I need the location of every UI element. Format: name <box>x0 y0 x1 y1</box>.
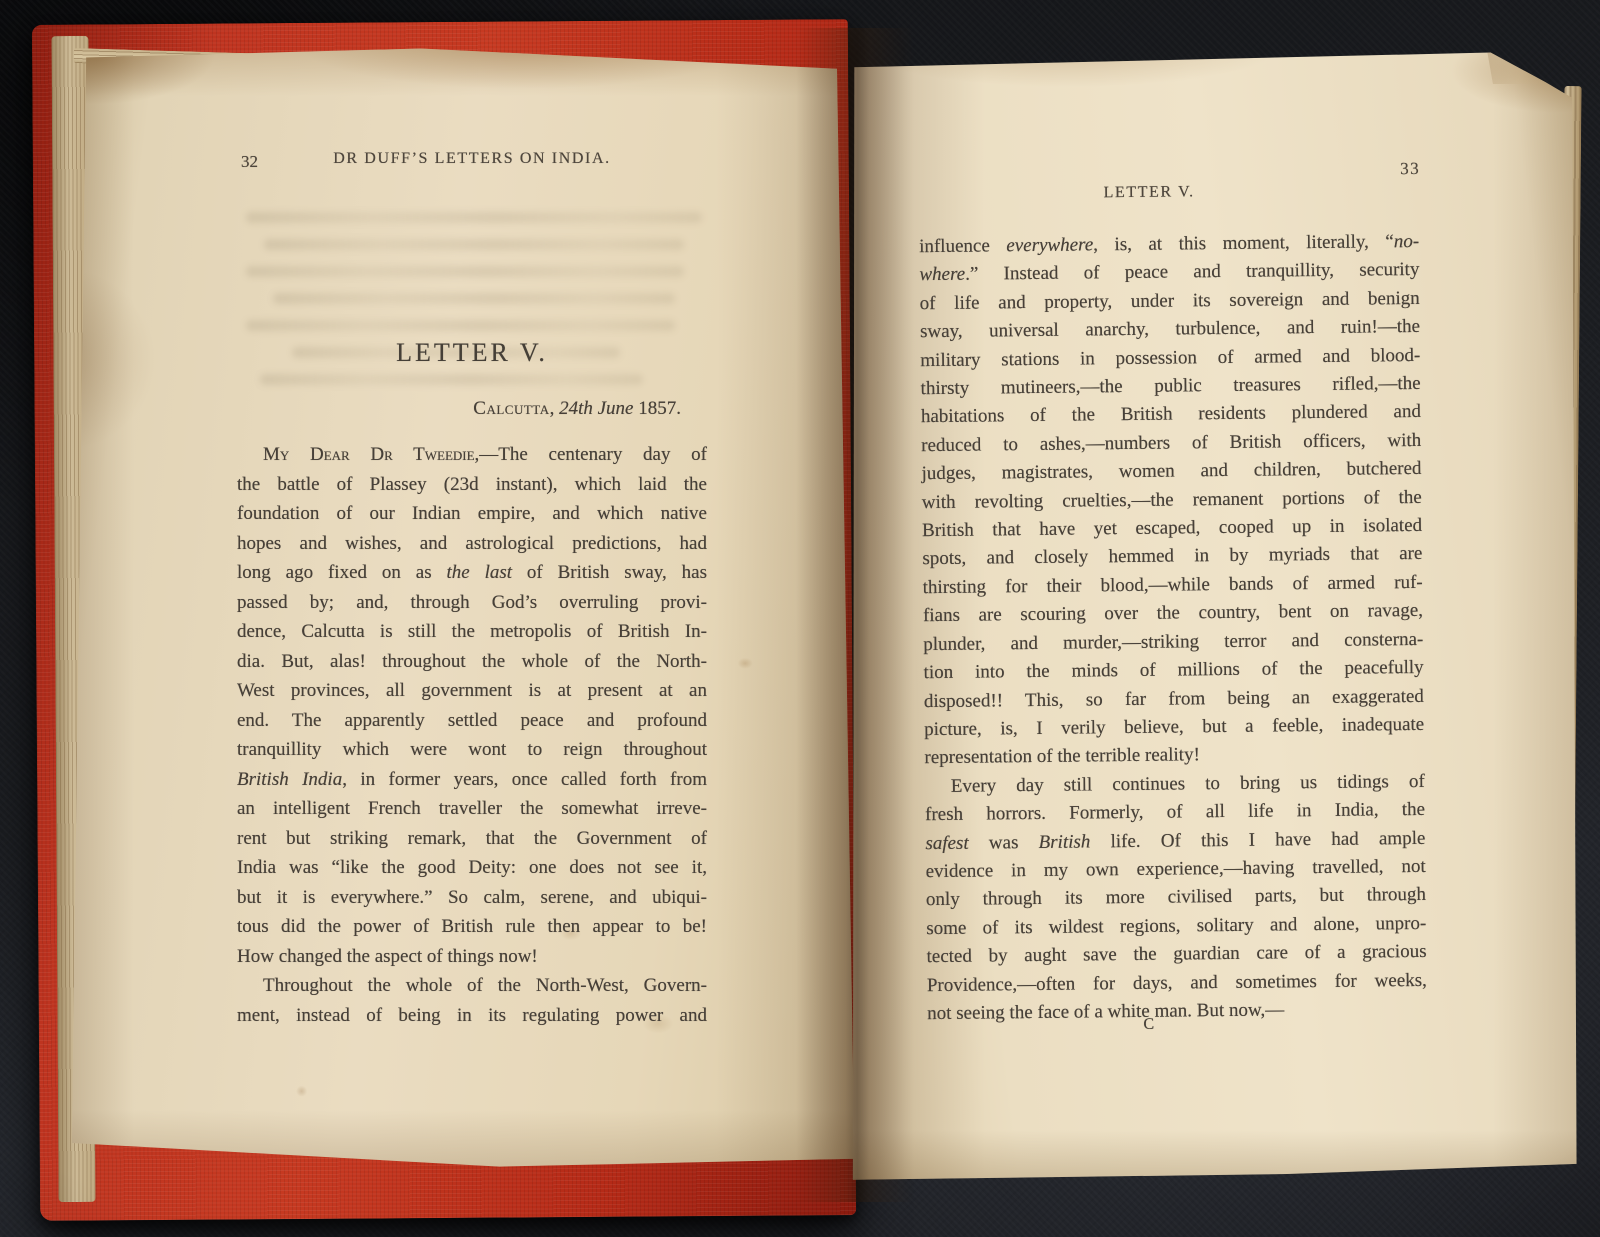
text-line: but it is everywhere.” So calm, serene, … <box>237 883 707 913</box>
text-line: How changed the aspect of things now! <box>237 942 707 972</box>
text-line: dence, Calcutta is still the metropolis … <box>237 617 707 647</box>
dateline: Calcutta, 24th June 1857. <box>237 398 707 420</box>
text-line: Throughout the whole of the North-West, … <box>237 971 707 1001</box>
text-line: tected by aught save the guardian care o… <box>926 938 1426 972</box>
running-header-row: LETTER V. 33 <box>923 181 1423 186</box>
text-line: Providence,—often for days, and sometime… <box>927 966 1427 1000</box>
text-line: tous did the power of British rule then … <box>237 912 707 942</box>
text-line: dia. But, alas! throughout the whole of … <box>237 647 707 677</box>
text-line: My Dear Dr Tweedie,—The centenary day of <box>237 440 707 470</box>
book-page-right: LETTER V. 33 influence everywhere, is, a… <box>850 48 1578 1182</box>
text-line: an intelligent French traveller the some… <box>237 794 707 824</box>
text-line: picture, is, I verily believe, but a fee… <box>924 711 1424 745</box>
running-header: DR DUFF’S LETTERS ON INDIA. <box>237 150 707 168</box>
page-number: 33 <box>1400 159 1420 179</box>
text-line: fresh horrors. Formerly, of all life in … <box>925 796 1425 830</box>
signature-mark: C <box>899 1013 1399 1036</box>
text-line: end. The apparently settled peace and pr… <box>237 706 707 736</box>
text-line: rent but striking remark, that the Gover… <box>237 824 707 854</box>
page-number: 32 <box>241 152 258 172</box>
text-line: ment, instead of being in its regulating… <box>237 1001 707 1031</box>
body-text-right: influence everywhere, is, at this moment… <box>919 228 1427 1029</box>
text-line: tion into the minds of millions of the p… <box>923 654 1423 688</box>
running-header-row: 32 DR DUFF’S LETTERS ON INDIA. <box>237 150 707 168</box>
text-line: British India, in former years, once cal… <box>237 765 707 795</box>
body-text-left: My Dear Dr Tweedie,—The centenary day of… <box>237 440 707 1030</box>
text-line: India was “like the good Deity: one does… <box>237 853 707 883</box>
show-through-text <box>246 212 702 401</box>
text-line: tranquillity which were wont to reign th… <box>237 735 707 765</box>
running-header: LETTER V. <box>1103 183 1194 202</box>
text-line: foundation of our Indian empire, and whi… <box>237 499 707 529</box>
text-line: the battle of Plassey (23d instant), whi… <box>237 470 707 500</box>
text-line: long ago fixed on as the last of British… <box>237 558 707 588</box>
chapter-title: LETTER V. <box>237 338 707 368</box>
text-line: passed by; and, through God’s overruling… <box>237 588 707 618</box>
book-page-left: 32 DR DUFF’S LETTERS ON INDIA. LETTER V.… <box>64 44 856 1170</box>
text-line: West provinces, all government is at pre… <box>237 676 707 706</box>
text-line: hopes and wishes, and astrological predi… <box>237 529 707 559</box>
right-page-content: LETTER V. 33 influence everywhere, is, a… <box>844 41 1584 1183</box>
book-photo-scene: 32 DR DUFF’S LETTERS ON INDIA. LETTER V.… <box>0 0 1600 1237</box>
